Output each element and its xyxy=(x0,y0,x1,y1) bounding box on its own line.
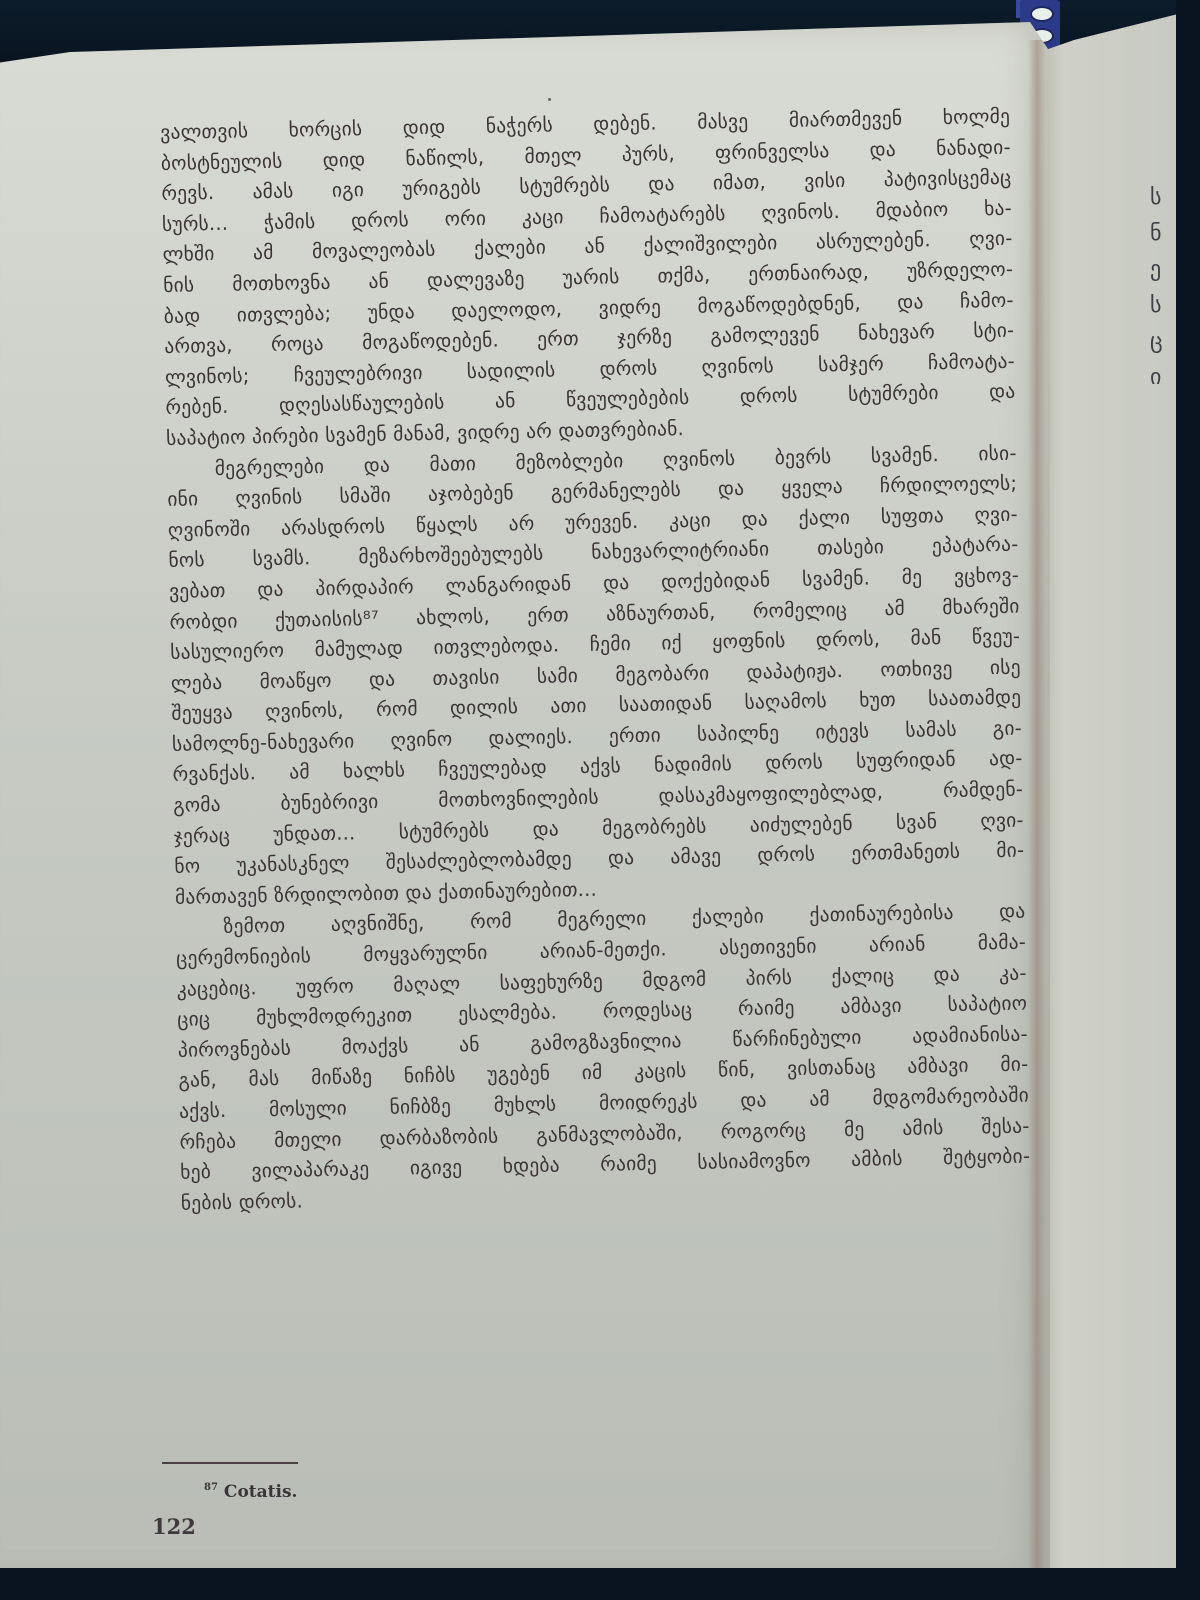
fragment: ც xyxy=(1150,324,1176,360)
body-text: ვალთვის ხორცის დიდ ნაჭერს დებენ. მასვე მ… xyxy=(160,102,1031,1219)
paragraph-1: ვალთვის ხორცის დიდ ნაჭერს დებენ. მასვე მ… xyxy=(160,102,1016,455)
fragment: ს xyxy=(1150,180,1176,216)
footnote: 87Cotatis. xyxy=(204,1482,297,1502)
footnote-text: Cotatis. xyxy=(224,1482,298,1502)
facing-page-text-fragments: ს ნ ე ს ც ი xyxy=(1150,180,1176,396)
paragraph-2: მეგრელები და მათი მეზობლები ღვინოს ბევრს… xyxy=(166,438,1025,913)
photo-scene: ს ნ ე ს ც ი ვალთვის ხორცის დიდ ნაჭერს დე… xyxy=(0,0,1176,1568)
page-number: 122 xyxy=(152,1514,196,1539)
paper-speck xyxy=(548,98,551,101)
footnote-marker: 87 xyxy=(204,1482,218,1493)
footnote-divider xyxy=(162,1462,298,1464)
book-gutter xyxy=(1028,40,1046,1568)
binder-hole-icon xyxy=(1030,6,1054,22)
fragment: ნ xyxy=(1150,216,1176,252)
fragment: ი xyxy=(1150,360,1176,396)
fragment: ე xyxy=(1150,252,1176,288)
paragraph-3: ზემოთ აღვნიშნე, რომ მეგრელი ქალები ქათინ… xyxy=(175,897,1031,1219)
fragment: ს xyxy=(1150,288,1176,324)
